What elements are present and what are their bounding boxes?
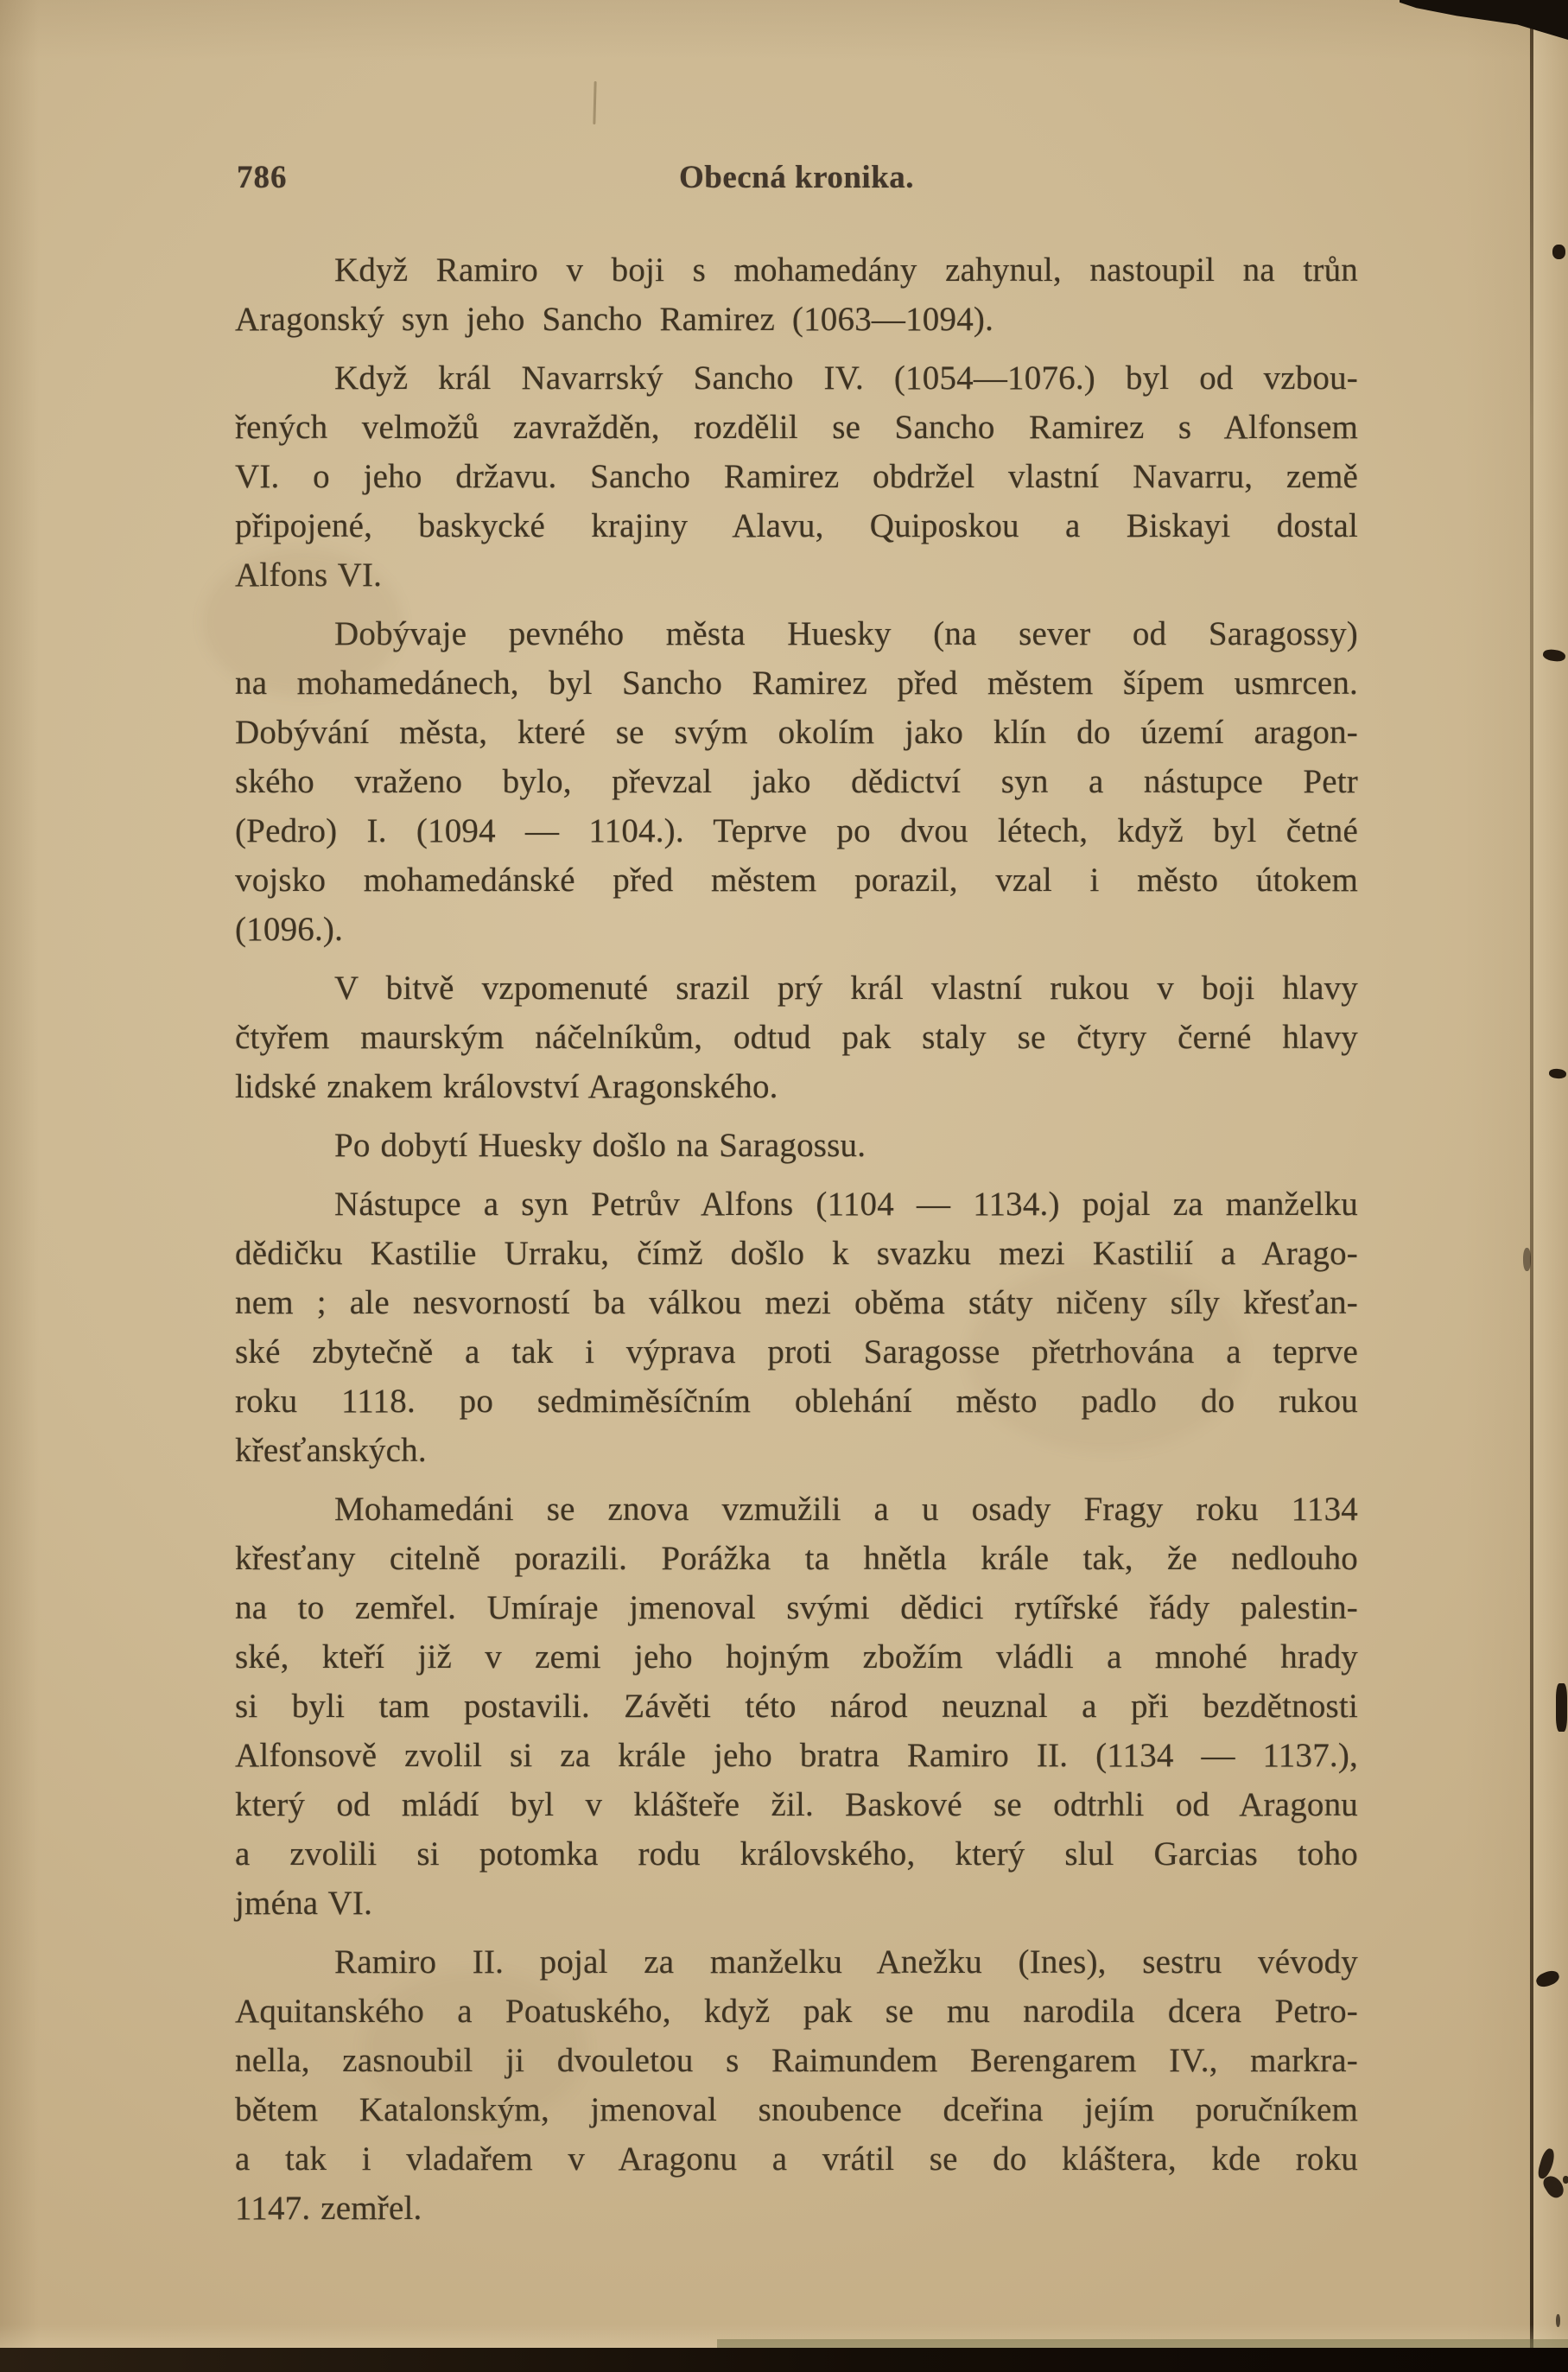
text-line: Nástupce a syn Petrův Alfons (1104 — 113…	[235, 1180, 1358, 1229]
text-line: (1096.).	[235, 905, 1358, 954]
text-line: jména VI.	[235, 1879, 1358, 1928]
text-line: Aragonský syn jeho Sancho Ramirez (1063—…	[235, 295, 1358, 344]
paragraph: Dobývaje pevného města Huesky (na sever …	[235, 609, 1358, 954]
text-line: Mohamedáni se znova vzmužili a u osady F…	[235, 1485, 1358, 1534]
text-line: 1147. zemřel.	[235, 2184, 1358, 2233]
bottom-edge-band	[0, 2348, 1568, 2372]
text-line: Když král Navarrský Sancho IV. (1054—107…	[235, 353, 1358, 403]
text-line: roku 1118. po sedmiměsíčním oblehání měs…	[235, 1377, 1358, 1426]
paragraph: Nástupce a syn Petrův Alfons (1104 — 113…	[235, 1180, 1358, 1475]
text-line: nem ; ale nesvorností ba válkou mezi obě…	[235, 1278, 1358, 1327]
text-line: křesťanských.	[235, 1426, 1358, 1475]
text-line: Alfons VI.	[235, 550, 1358, 600]
text-line: a tak i vladařem v Aragonu a vrátil se d…	[235, 2134, 1358, 2184]
paragraph: V bitvě vzpomenuté srazil prý král vlast…	[235, 963, 1358, 1111]
paragraph: Mohamedáni se znova vzmužili a u osady F…	[235, 1485, 1358, 1928]
paragraph: Když král Navarrský Sancho IV. (1054—107…	[235, 353, 1358, 600]
text-line: na to zemřel. Umíraje jmenoval svými děd…	[235, 1583, 1358, 1632]
edge-mark	[1556, 1683, 1567, 1732]
page-edge-strip	[1533, 0, 1568, 2372]
page-header: 786 Obecná kronika.	[235, 159, 1358, 200]
paper-scratch	[593, 81, 596, 124]
paragraph: Ramiro II. pojal za manželku Anežku (Ine…	[235, 1937, 1358, 2233]
page-crease-line	[1530, 0, 1533, 2372]
text-line: lidské znakem království Aragonského.	[235, 1062, 1358, 1111]
text-line: dědičku Kastilie Urraku, čímž došlo k sv…	[235, 1229, 1358, 1278]
text-line: Dobývání města, které se svým okolím jak…	[235, 708, 1358, 757]
text-line: V bitvě vzpomenuté srazil prý král vlast…	[235, 963, 1358, 1013]
text-line: ského vraženo bylo, převzal jako dědictv…	[235, 757, 1358, 806]
text-line: ské, kteří již v zemi jeho hojným zbožím…	[235, 1632, 1358, 1682]
text-line: Když Ramiro v boji s mohamedány zahynul,…	[235, 245, 1358, 295]
text-line: a zvolili si potomka rodu královského, k…	[235, 1829, 1358, 1879]
text-line: křesťany citelně porazili. Porážka ta hn…	[235, 1534, 1358, 1583]
text-line: Alfonsově zvolil si za krále jeho bratra…	[235, 1731, 1358, 1780]
text-line: bětem Katalonským, jmenoval snoubence dc…	[235, 2085, 1358, 2134]
text-line: ské zbytečně a tak i výprava proti Sarag…	[235, 1327, 1358, 1377]
page-title: Obecná kronika.	[235, 159, 1358, 196]
edge-mark	[1552, 245, 1565, 259]
edge-mark	[1523, 1248, 1531, 1271]
text-line: (Pedro) I. (1094 — 1104.). Teprve po dvo…	[235, 806, 1358, 855]
text-line: Dobývaje pevného města Huesky (na sever …	[235, 609, 1358, 658]
book-page: { "page": { "number": "786", "title": "O…	[0, 0, 1568, 2372]
text-line: řených velmožů zavražděn, rozdělil se Sa…	[235, 403, 1358, 452]
text-block: Když Ramiro v boji s mohamedány zahynul,…	[235, 245, 1358, 2242]
text-line: který od mládí byl v klášteře žil. Basko…	[235, 1780, 1358, 1829]
text-line: VI. o jeho državu. Sancho Ramirez obdrže…	[235, 452, 1358, 501]
edge-mark	[1563, 2176, 1568, 2184]
text-line: nella, zasnoubil ji dvouletou s Raimunde…	[235, 2036, 1358, 2085]
paragraph: Po dobytí Huesky došlo na Saragossu.	[235, 1121, 1358, 1170]
text-line: Ramiro II. pojal za manželku Anežku (Ine…	[235, 1937, 1358, 1987]
text-line: na mohamedánech, byl Sancho Ramirez před…	[235, 658, 1358, 708]
paragraph: Když Ramiro v boji s mohamedány zahynul,…	[235, 245, 1358, 344]
text-line: Aquitanského a Poatuského, když pak se m…	[235, 1987, 1358, 2036]
text-line: Po dobytí Huesky došlo na Saragossu.	[235, 1121, 1358, 1170]
text-line: vojsko mohamedánské před městem porazil,…	[235, 855, 1358, 905]
text-line: čtyřem maurským náčelníkům, odtud pak st…	[235, 1013, 1358, 1062]
text-line: připojené, baskycké krajiny Alavu, Quipo…	[235, 501, 1358, 550]
text-line: si byli tam postavili. Závěti této národ…	[235, 1682, 1358, 1731]
